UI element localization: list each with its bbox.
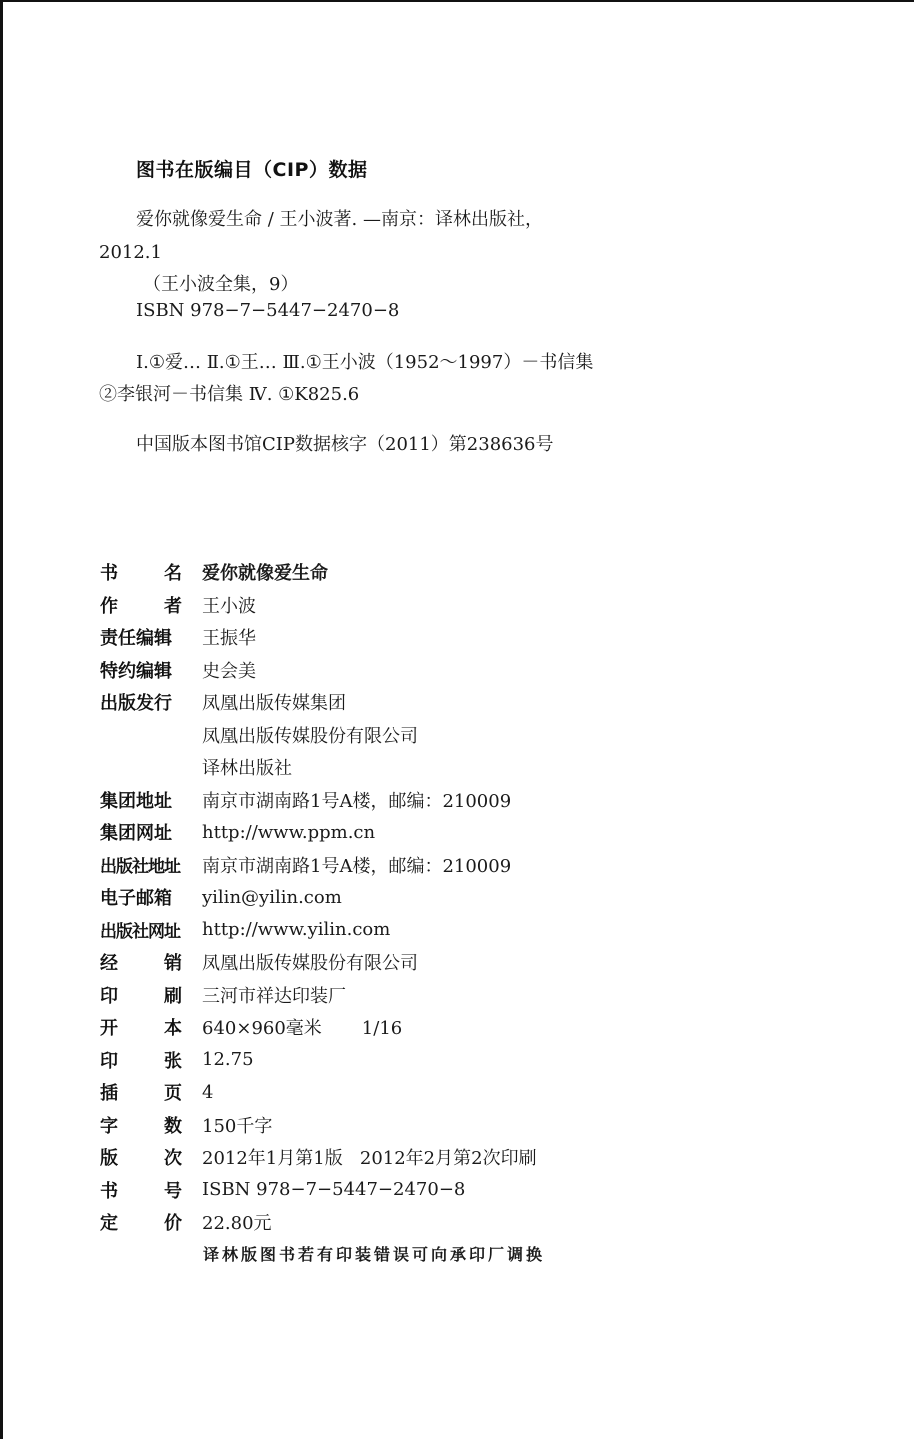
info-row-email: 电子邮箱 yilin@yilin.com xyxy=(100,881,537,914)
info-label: 版次 xyxy=(100,1144,182,1170)
info-row-publisher-3: 译林出版社 xyxy=(100,751,537,784)
info-row-word-count: 字数 150千字 xyxy=(100,1109,537,1142)
printed-sheets-value: 12.75 xyxy=(202,1049,254,1070)
info-row-publisher-website: 出版社网址 http://www.yilin.com xyxy=(100,914,537,947)
info-label: 集团地址 xyxy=(100,787,182,813)
cip-line-subjects: Ⅰ.①爱… Ⅱ.①王… Ⅲ.①王小波（1952～1997）－书信集 xyxy=(136,348,593,374)
cip-line-record-number: 中国版本图书馆CIP数据核字（2011）第238636号 xyxy=(136,430,554,456)
publisher-value-2: 凤凰出版传媒股份有限公司 xyxy=(202,722,418,748)
info-row-printed-sheets: 印张 12.75 xyxy=(100,1044,537,1077)
group-website-value: http://www.ppm.cn xyxy=(202,822,375,843)
book-title-value: 爱你就像爱生命 xyxy=(202,559,328,585)
publisher-value-3: 译林出版社 xyxy=(202,754,292,780)
publisher-value: 凤凰出版传媒集团 xyxy=(202,689,346,715)
info-label: 出版社网址 xyxy=(100,917,182,942)
info-row-edition: 版次 2012年1月第1版 2012年2月第2次印刷 xyxy=(100,1141,537,1174)
info-label: 书号 xyxy=(100,1177,182,1203)
info-label: 开本 xyxy=(100,1014,182,1040)
info-label: 出版发行 xyxy=(100,689,182,715)
cip-line-series: （王小波全集，9） xyxy=(143,270,298,296)
info-row-price: 定价 22.80元 xyxy=(100,1206,537,1239)
cip-line-subjects-cont: ②李银河－书信集 Ⅳ. ①K825.6 xyxy=(99,380,359,406)
copyright-page: 图书在版编目（CIP）数据 爱你就像爱生命 / 王小波著. —南京：译林出版社，… xyxy=(0,0,914,1439)
info-label: 书名 xyxy=(100,559,182,585)
info-label: 特约编辑 xyxy=(100,657,182,683)
info-row-responsible-editor: 责任编辑 王振华 xyxy=(100,621,537,654)
info-row-printer: 印刷 三河市祥达印装厂 xyxy=(100,979,537,1012)
cip-line-year: 2012.1 xyxy=(99,242,162,263)
info-label: 印刷 xyxy=(100,982,182,1008)
inserts-value: 4 xyxy=(202,1082,213,1103)
cip-line-isbn: ISBN 978−7−5447−2470−8 xyxy=(136,300,399,321)
info-label: 电子邮箱 xyxy=(100,884,182,910)
info-label: 出版社地址 xyxy=(100,852,182,877)
info-row-publisher: 出版发行 凤凰出版传媒集团 xyxy=(100,686,537,719)
price-value: 22.80元 xyxy=(202,1209,272,1235)
info-row-group-address: 集团地址 南京市湖南路1号A楼，邮编：210009 xyxy=(100,784,537,817)
isbn-value: ISBN 978−7−5447−2470−8 xyxy=(202,1179,465,1200)
publication-info-table: 书名 爱你就像爱生命 作者 王小波 责任编辑 王振华 特约编辑 史会美 出版发行… xyxy=(100,556,537,1239)
distributor-value: 凤凰出版传媒股份有限公司 xyxy=(202,949,418,975)
info-label: 字数 xyxy=(100,1112,182,1138)
info-row-format: 开本 640×960毫米1/16 xyxy=(100,1011,537,1044)
info-row-group-website: 集团网址 http://www.ppm.cn xyxy=(100,816,537,849)
replacement-notice: 译林版图书若有印装错误可向承印厂调换 xyxy=(203,1242,545,1265)
cip-title: 图书在版编目（CIP）数据 xyxy=(136,155,367,182)
info-row-special-editor: 特约编辑 史会美 xyxy=(100,654,537,687)
info-row-distributor: 经销 凤凰出版传媒股份有限公司 xyxy=(100,946,537,979)
info-row-isbn: 书号 ISBN 978−7−5447−2470−8 xyxy=(100,1174,537,1207)
info-label: 印张 xyxy=(100,1047,182,1073)
email-value: yilin@yilin.com xyxy=(202,887,342,908)
info-row-publisher-2: 凤凰出版传媒股份有限公司 xyxy=(100,719,537,752)
edition-value: 2012年1月第1版 2012年2月第2次印刷 xyxy=(202,1144,537,1170)
publisher-address-value: 南京市湖南路1号A楼，邮编：210009 xyxy=(202,852,511,878)
info-label: 集团网址 xyxy=(100,819,182,845)
info-row-inserts: 插页 4 xyxy=(100,1076,537,1109)
info-row-author: 作者 王小波 xyxy=(100,589,537,622)
special-editor-value: 史会美 xyxy=(202,657,256,683)
printer-value: 三河市祥达印装厂 xyxy=(202,982,346,1008)
info-label: 插页 xyxy=(100,1079,182,1105)
responsible-editor-value: 王振华 xyxy=(202,624,256,650)
group-address-value: 南京市湖南路1号A楼，邮编：210009 xyxy=(202,787,511,813)
cip-line-title-author: 爱你就像爱生命 / 王小波著. —南京：译林出版社， xyxy=(136,205,543,231)
info-row-book-title: 书名 爱你就像爱生命 xyxy=(100,556,537,589)
info-label: 责任编辑 xyxy=(100,624,182,650)
info-label: 经销 xyxy=(100,949,182,975)
author-value: 王小波 xyxy=(202,592,256,618)
word-count-value: 150千字 xyxy=(202,1112,272,1138)
format-value: 640×960毫米1/16 xyxy=(202,1014,402,1040)
info-label: 定价 xyxy=(100,1209,182,1235)
info-row-publisher-address: 出版社地址 南京市湖南路1号A楼，邮编：210009 xyxy=(100,849,537,882)
publisher-website-value: http://www.yilin.com xyxy=(202,919,390,940)
info-label: 作者 xyxy=(100,592,182,618)
